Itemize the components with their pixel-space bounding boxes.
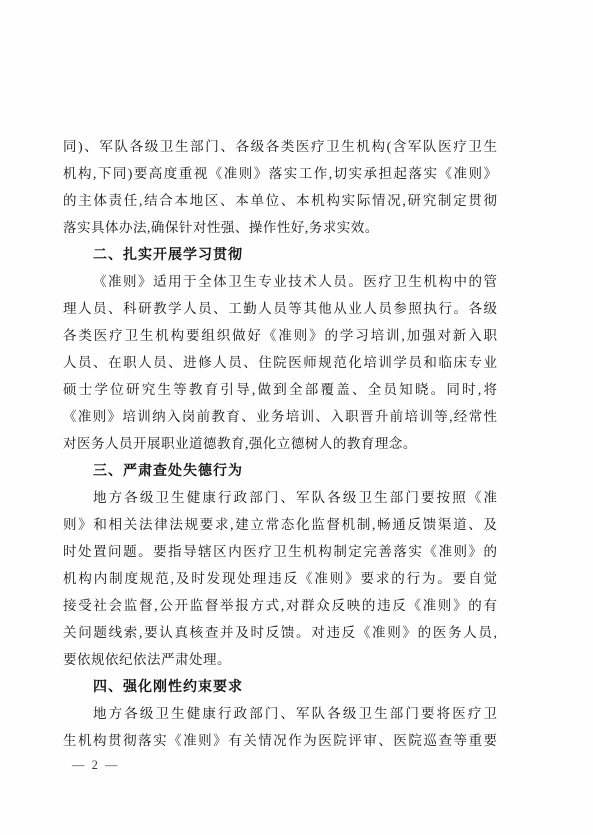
body-line: 《准则》适用于全体卫生专业技术人员。医疗卫生机构中的管 — [63, 268, 497, 295]
body-line: 《准则》培训纳入岗前教育、业务培训、入职晋升前培训等,经常性 — [63, 403, 497, 430]
body-line: 地方各级卫生健康行政部门、军队各级卫生部门要按照《准 — [63, 484, 497, 511]
body-line: 地方各级卫生健康行政部门、军队各级卫生部门要将医疗卫 — [63, 700, 497, 727]
section-heading: 四、强化刚性约束要求 — [63, 673, 497, 700]
body-line: 时处置问题。要指导辖区内医疗卫生机构制定完善落实《准则》的 — [63, 538, 497, 565]
document-page: 同)、军队各级卫生部门、各级各类医疗卫生机构(含军队医疗卫生机构,下同)要高度重… — [0, 0, 593, 835]
body-line: 机构内制度规范,及时发现处理违反《准则》要求的行为。要自觉 — [63, 565, 497, 592]
body-line: 生机构贯彻落实《准则》有关情况作为医院评审、医院巡查等重要 — [63, 727, 497, 754]
section-heading: 三、严肃查处失德行为 — [63, 457, 497, 484]
body-line: 机构,下同)要高度重视《准则》落实工作,切实承担起落实《准则》 — [63, 160, 497, 187]
body-line: 的主体责任,结合本地区、本单位、本机构实际情况,研究制定贯彻 — [63, 187, 497, 214]
body-line: 同)、军队各级卫生部门、各级各类医疗卫生机构(含军队医疗卫生 — [63, 133, 497, 160]
body-line: 落实具体办法,确保针对性强、操作性好,务求实效。 — [63, 214, 497, 241]
body-line: 关问题线索,要认真核查并及时反馈。对违反《准则》的医务人员, — [63, 619, 497, 646]
body-line: 人员、在职人员、进修人员、住院医师规范化培训学员和临床专业 — [63, 349, 497, 376]
body-line: 各类医疗卫生机构要组织做好《准则》的学习培训,加强对新入职 — [63, 322, 497, 349]
body-line: 理人员、科研教学人员、工勤人员等其他从业人员参照执行。各级 — [63, 295, 497, 322]
text-block: 同)、军队各级卫生部门、各级各类医疗卫生机构(含军队医疗卫生机构,下同)要高度重… — [63, 133, 497, 754]
body-line: 则》和相关法律法规要求,建立常态化监督机制,畅通反馈渠道、及 — [63, 511, 497, 538]
body-line: 要依规依纪依法严肃处理。 — [63, 646, 497, 673]
body-line: 硕士学位研究生等教育引导,做到全部覆盖、全员知晓。同时,将 — [63, 376, 497, 403]
page-number: — 2 — — [72, 758, 120, 773]
body-line: 接受社会监督,公开监督举报方式,对群众反映的违反《准则》的有 — [63, 592, 497, 619]
body-line: 对医务人员开展职业道德教育,强化立德树人的教育理念。 — [63, 430, 497, 457]
section-heading: 二、扎实开展学习贯彻 — [63, 241, 497, 268]
